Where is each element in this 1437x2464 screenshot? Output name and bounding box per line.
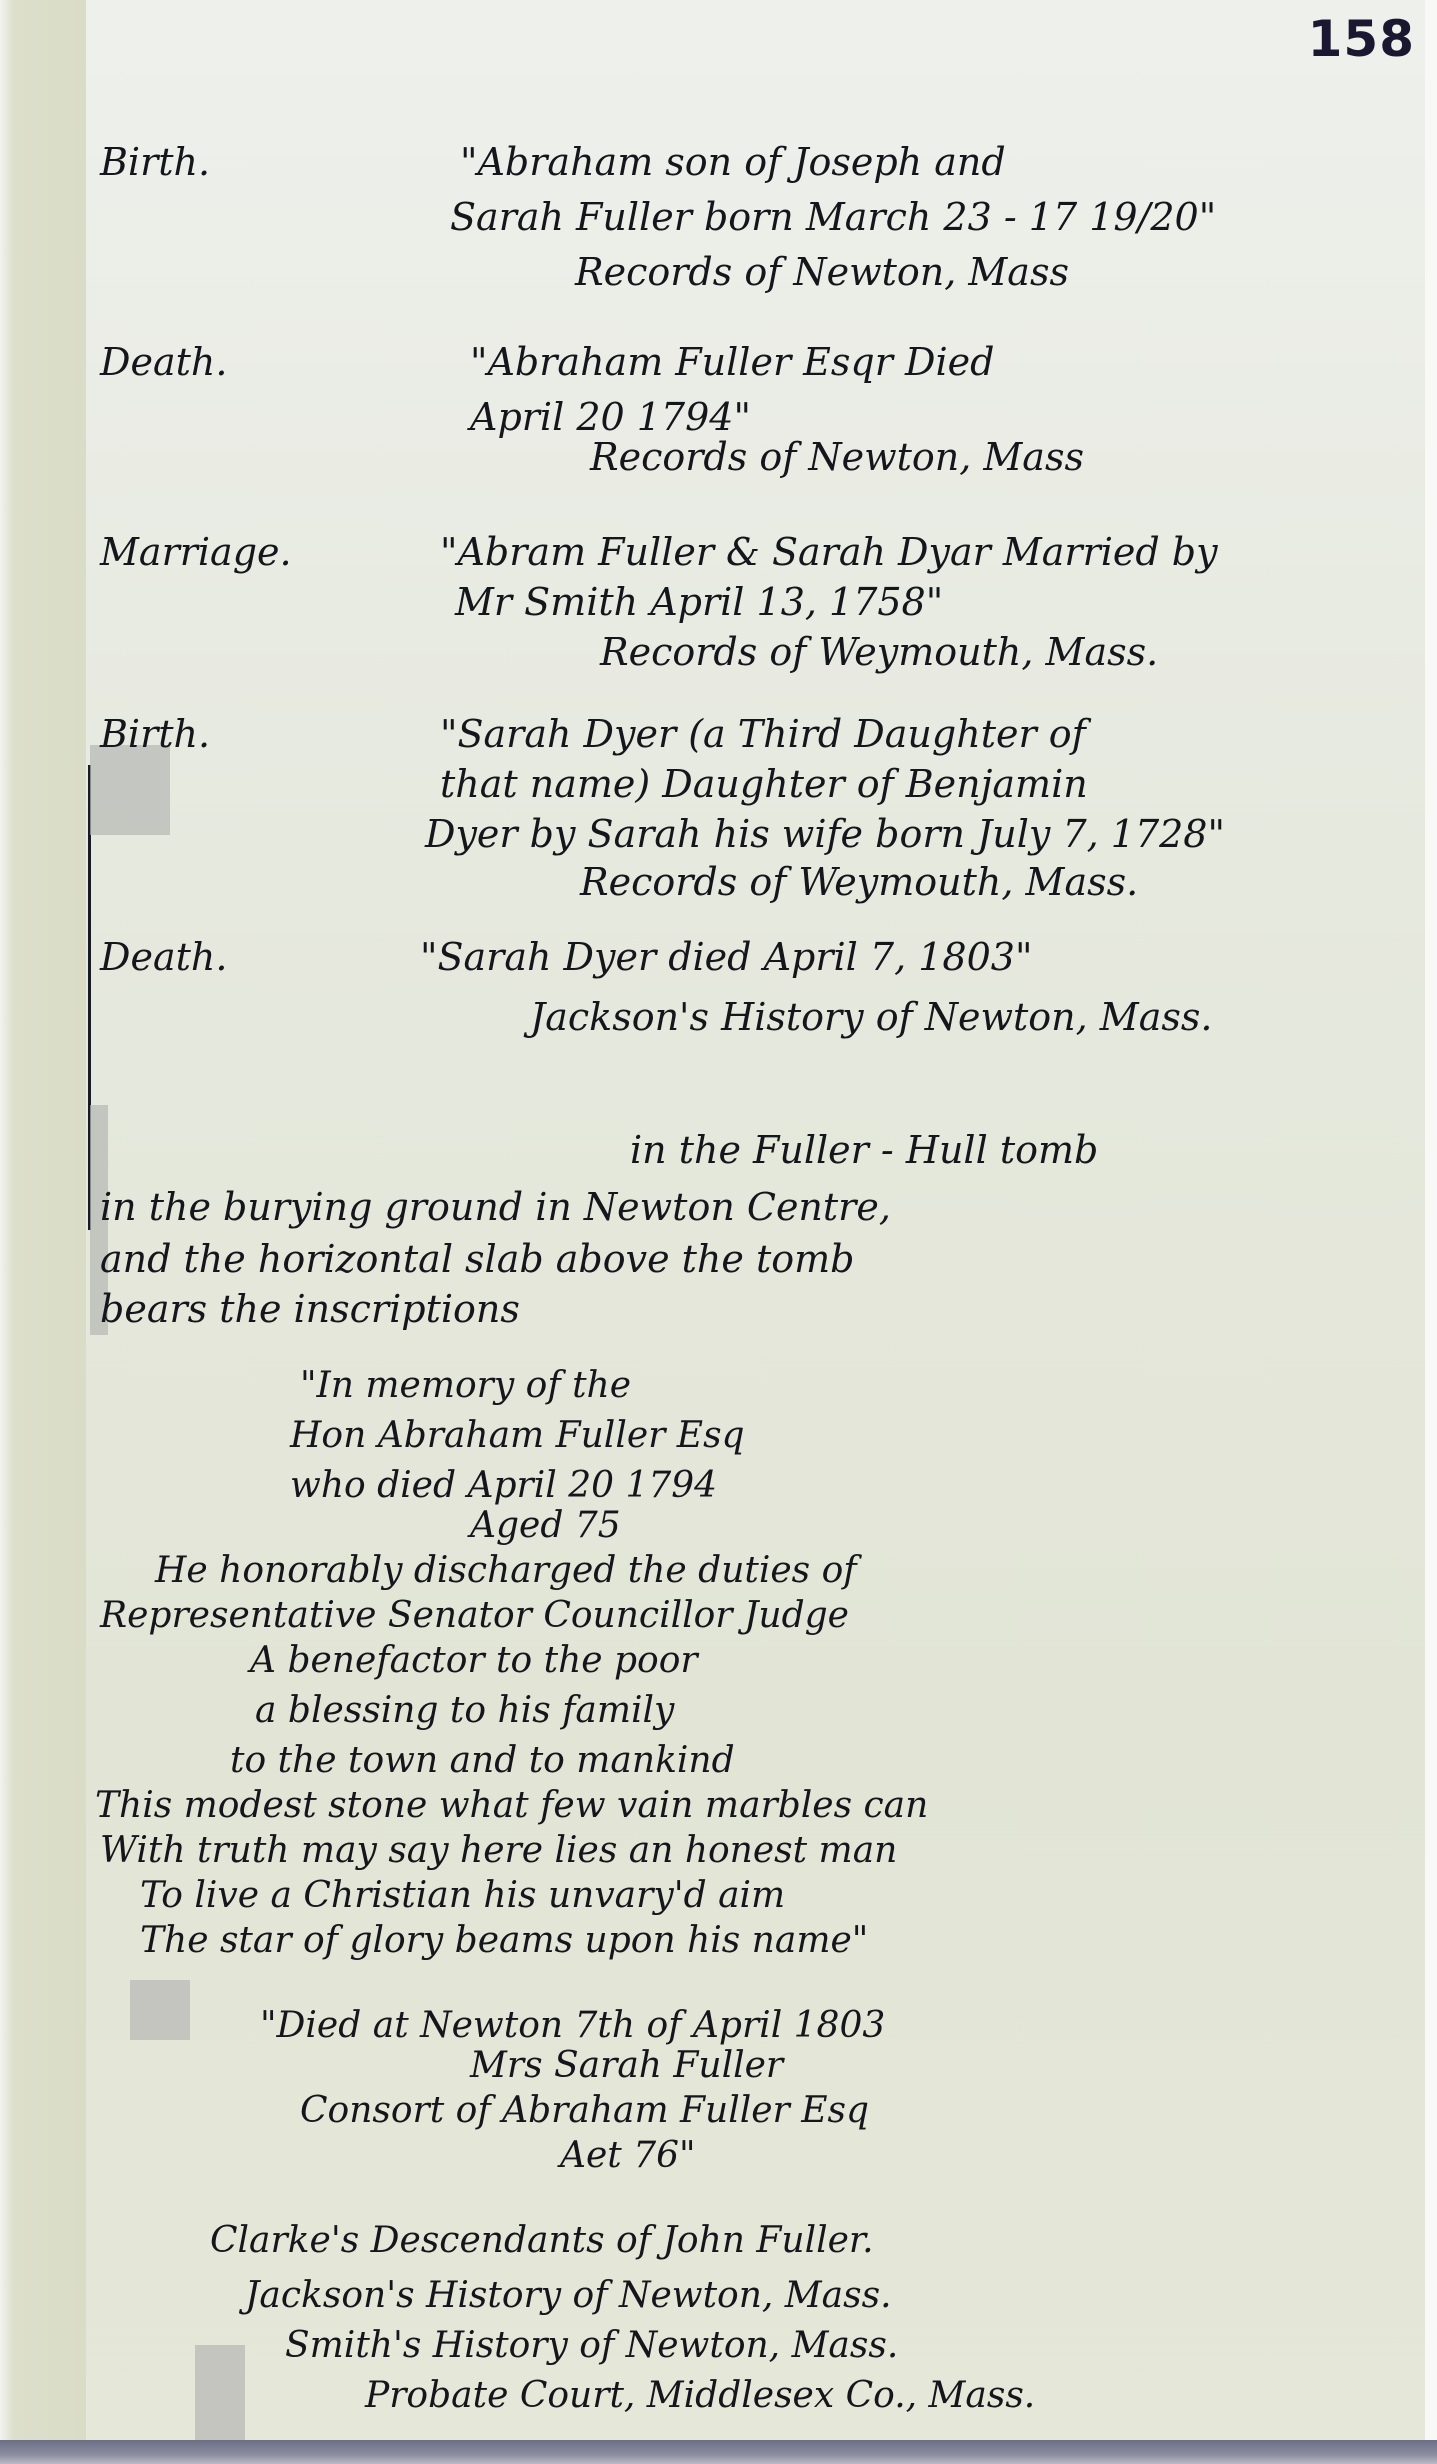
- inscription-line: "Died at Newton 7th of April 1803: [260, 2005, 885, 2046]
- burial-line: in the burying ground in Newton Centre,: [100, 1185, 891, 1229]
- tab-marker-4: [195, 2345, 245, 2445]
- record-source: Jackson's History of Newton, Mass.: [530, 995, 1212, 1039]
- inscription-line: Aet 76": [560, 2135, 696, 2176]
- inscription-line: "In memory of the: [300, 1365, 631, 1406]
- record-source: Records of Newton, Mass: [575, 250, 1069, 294]
- source-citation: Smith's History of Newton, Mass.: [285, 2325, 898, 2366]
- record-label-death: Death.: [100, 935, 227, 979]
- record-line: Mr Smith April 13, 1758": [455, 580, 943, 624]
- inscription-line: Hon Abraham Fuller Esq: [290, 1415, 745, 1456]
- record-source: Records of Weymouth, Mass.: [600, 630, 1158, 674]
- burial-line: and the horizontal slab above the tomb: [100, 1237, 854, 1281]
- record-line: "Abraham son of Joseph and: [460, 140, 1006, 184]
- inscription-line: The star of glory beams upon his name": [140, 1920, 868, 1961]
- inscription-line: a blessing to his family: [255, 1690, 674, 1731]
- record-line: Sarah Fuller born March 23 - 17 19/20": [450, 195, 1216, 239]
- record-line: "Sarah Dyer died April 7, 1803": [420, 935, 1032, 979]
- record-line: "Abram Fuller & Sarah Dyar Married by: [440, 530, 1218, 574]
- source-citation: Jackson's History of Newton, Mass.: [245, 2275, 892, 2316]
- record-line: "Abraham Fuller Esqr Died: [470, 340, 994, 384]
- record-line: April 20 1794": [470, 395, 751, 439]
- inscription-line: He honorably discharged the duties of: [155, 1550, 857, 1591]
- burial-line: in the Fuller - Hull tomb: [630, 1128, 1098, 1172]
- tab-marker-3: [130, 1980, 190, 2040]
- source-citation: Clarke's Descendants of John Fuller.: [210, 2220, 874, 2261]
- inscription-line: Aged 75: [470, 1505, 621, 1546]
- inscription-line: Consort of Abraham Fuller Esq: [300, 2090, 869, 2131]
- record-label-marriage: Marriage.: [100, 530, 292, 574]
- inscription-line: Representative Senator Councillor Judge: [100, 1595, 849, 1636]
- inscription-line: A benefactor to the poor: [250, 1640, 698, 1681]
- burial-line: bears the inscriptions: [100, 1287, 520, 1331]
- inscription-line: Mrs Sarah Fuller: [470, 2045, 783, 2086]
- source-citation: Probate Court, Middlesex Co., Mass.: [365, 2375, 1035, 2416]
- bottom-shadow: [0, 2440, 1437, 2464]
- inscription-line: who died April 20 1794: [290, 1465, 717, 1506]
- record-source: Records of Weymouth, Mass.: [580, 860, 1138, 904]
- outer-margin: [0, 0, 90, 2464]
- record-line: "Sarah Dyer (a Third Daughter of: [440, 712, 1086, 756]
- right-page-edge: [1425, 0, 1437, 2464]
- record-line: Dyer by Sarah his wife born July 7, 1728…: [425, 812, 1225, 856]
- page-number: 158: [1308, 10, 1415, 68]
- inscription-line: This modest stone what few vain marbles …: [95, 1785, 928, 1826]
- record-label-birth: Birth.: [100, 140, 210, 184]
- tab-marker-1: [90, 745, 170, 835]
- inscription-line: With truth may say here lies an honest m…: [100, 1830, 897, 1871]
- inscription-line: to the town and to mankind: [230, 1740, 735, 1781]
- record-source: Records of Newton, Mass: [590, 435, 1084, 479]
- record-label-birth: Birth.: [100, 712, 210, 756]
- inscription-line: To live a Christian his unvary'd aim: [140, 1875, 785, 1916]
- record-line: that name) Daughter of Benjamin: [440, 762, 1088, 806]
- record-label-death: Death.: [100, 340, 227, 384]
